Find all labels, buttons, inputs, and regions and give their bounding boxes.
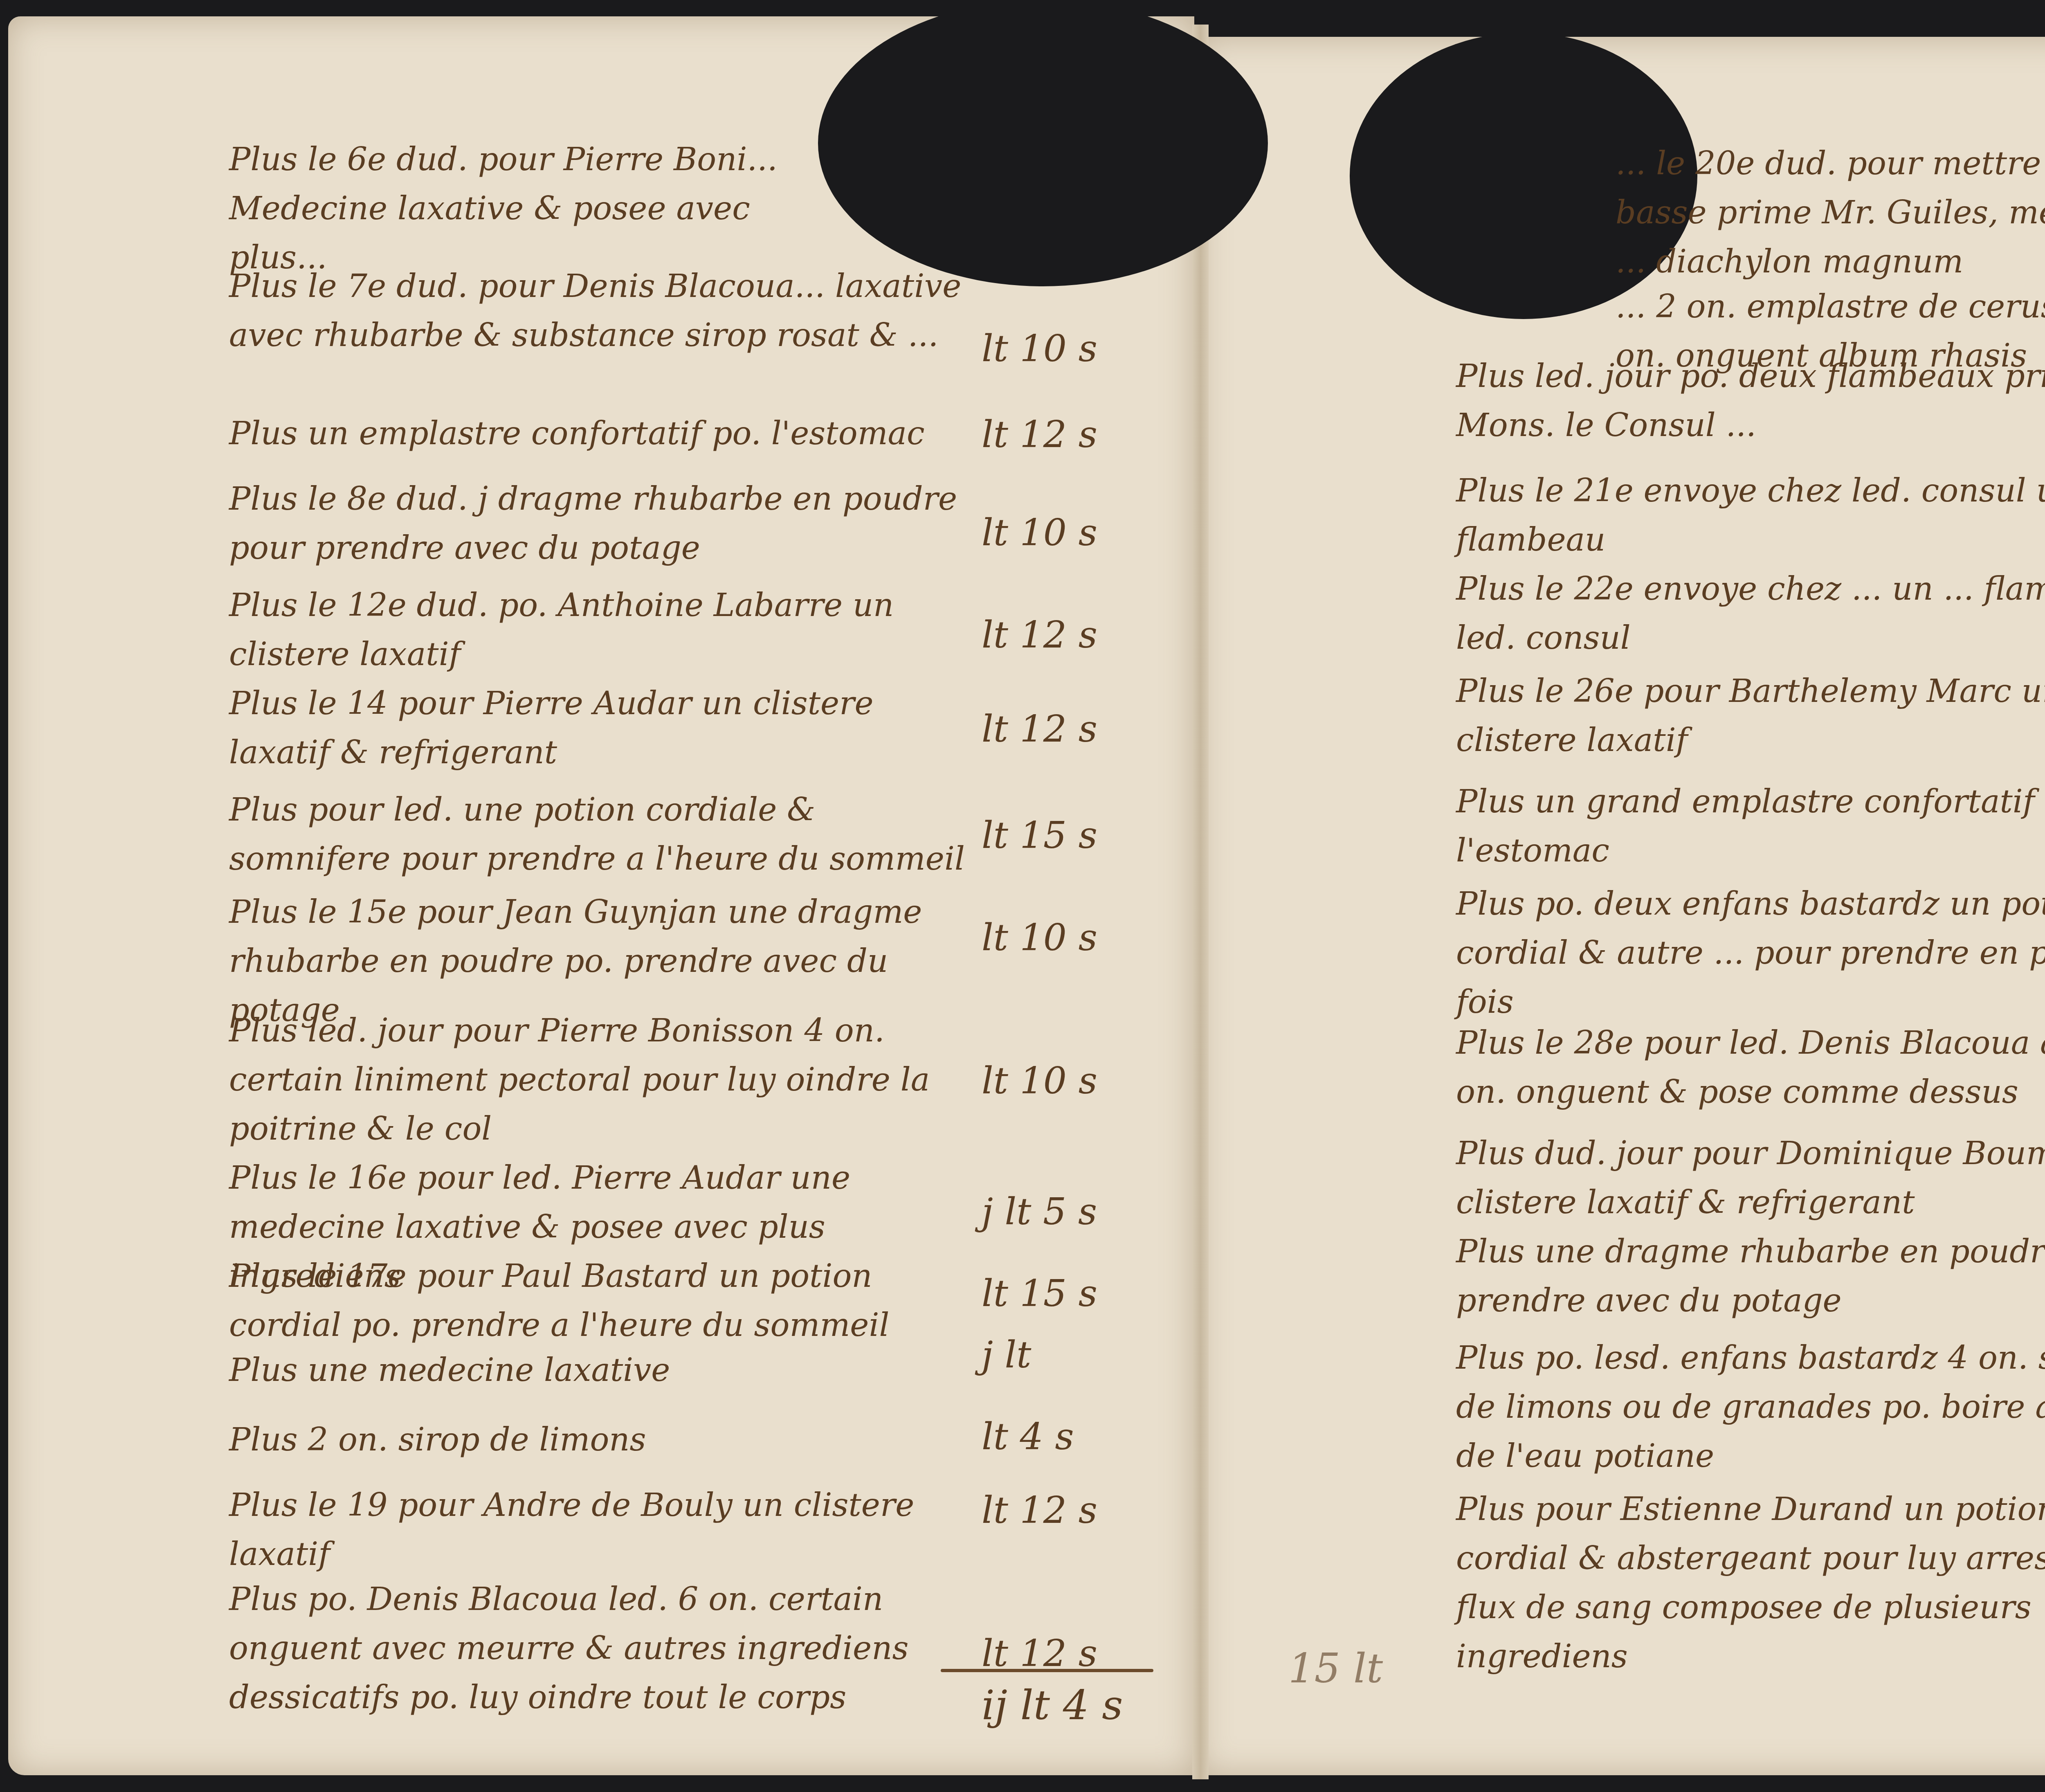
left-entry-4: Plus le 12e dud. po. Anthoine Labarre un… [229,581,965,679]
left-entry-6: Plus pour led. une potion cordiale & som… [229,785,965,884]
left-entry-1: Plus le 7e dud. pour Denis Blacoua... la… [229,262,965,360]
right-entry-0: ... le 20e dud. pour mettre a ... basse … [1616,139,2045,286]
left-amount-10: lt 15 s [982,1272,1097,1315]
left-entry-5: Plus le 14 pour Pierre Audar un clistere… [229,679,965,777]
left-amount-11: j lt [982,1333,1031,1376]
left-entry-3: Plus le 8e dud. j dragme rhubarbe en pou… [229,474,965,573]
right-entry-2: Plus led. jour po. deux flambeaux prins … [1456,352,2045,450]
left-amount-3: lt 10 s [982,511,1097,554]
torn-hole-top-center [818,0,1268,286]
right-entry-4: Plus le 22e envoye chez ... un ... flamb… [1456,564,2045,663]
left-entry-8: Plus led. jour pour Pierre Bonisson 4 on… [229,1006,965,1153]
right-entry-5: Plus le 26e pour Barthelemy Marc un clis… [1456,667,2045,765]
left-amount-13: lt 12 s [982,1489,1097,1532]
left-amount-12: lt 4 s [982,1415,1074,1458]
left-entry-14: Plus po. Denis Blacoua led. 6 on. certai… [229,1575,965,1722]
left-amount-8: lt 10 s [982,1059,1097,1102]
right-entry-6: Plus un grand emplastre confortatif pour… [1456,777,2045,875]
book-gutter [1192,25,1209,1779]
right-entry-7: Plus po. deux enfans bastardz un potion … [1456,879,2045,1027]
left-amount-1: lt 10 s [982,327,1097,370]
left-amount-7: lt 10 s [982,916,1097,959]
left-total-rule [941,1669,1153,1672]
right-entry-10: Plus une dragme rhubarbe en poudre po. p… [1456,1227,2045,1325]
left-entry-13: Plus le 19 pour Andre de Bouly un cliste… [229,1481,965,1579]
right-entry-8: Plus le 28e pour led. Denis Blacoua avec… [1456,1019,2045,1117]
left-entry-10: Plus le 17e pour Paul Bastard un potion … [229,1252,965,1350]
left-amount-2: lt 12 s [982,413,1097,456]
right-margin-note: 15 lt [1288,1644,1383,1692]
left-entry-11: Plus une medecine laxative [229,1346,965,1395]
right-entry-12: Plus pour Estienne Durand un potion cord… [1456,1485,2045,1681]
left-entry-12: Plus 2 on. sirop de limons [229,1415,965,1464]
left-amount-4: lt 12 s [982,614,1097,657]
left-entry-2: Plus un emplastre confortatif po. l'esto… [229,409,965,458]
left-amount-6: lt 15 s [982,814,1097,857]
left-amount-5: lt 12 s [982,708,1097,751]
right-entry-9: Plus dud. jour pour Dominique Bouma un c… [1456,1129,2045,1227]
left-entry-0: Plus le 6e dud. pour Pierre Boni... Mede… [229,135,843,282]
right-entry-11: Plus po. lesd. enfans bastardz 4 on. sir… [1456,1333,2045,1481]
right-entry-3: Plus le 21e envoye chez led. consul un f… [1456,466,2045,564]
left-page-total: ij lt 4 s [982,1681,1123,1729]
left-amount-9: j lt 5 s [982,1190,1097,1233]
